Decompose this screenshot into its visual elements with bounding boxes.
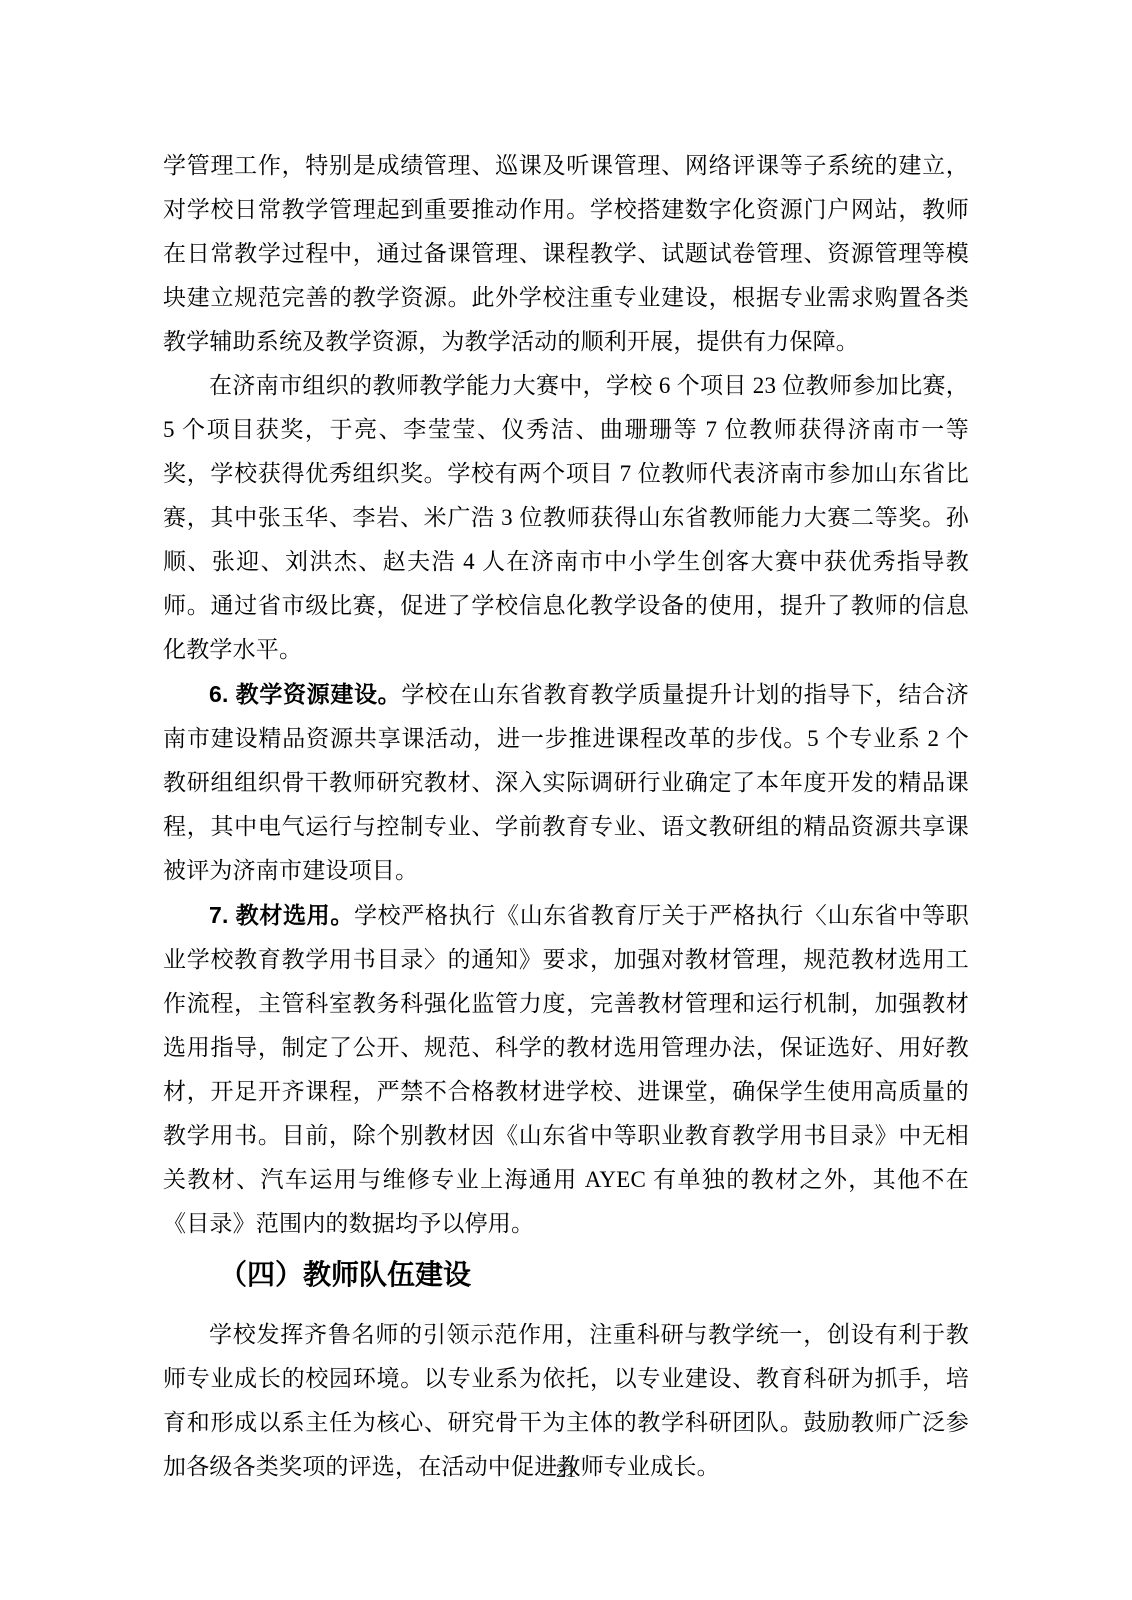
paragraph-item6-teaching-resources: 6. 教学资源建设。学校在山东省教育教学质量提升计划的指导下，结合济南市建设精品… [163, 672, 969, 893]
page-footer: 21 [0, 1458, 1132, 1484]
page-number: 21 [556, 1460, 576, 1482]
section-heading-teacher-team: （四）教师队伍建设 [163, 1251, 969, 1299]
page-body: 学管理工作，特别是成绩管理、巡课及听课管理、网络评课等子系统的建立，对学校日常教… [163, 144, 969, 1489]
paragraph-teaching-management-continuation: 学管理工作，特别是成绩管理、巡课及听课管理、网络评课等子系统的建立，对学校日常教… [163, 144, 969, 364]
item6-run-in-heading: 6. 教学资源建设。 [209, 681, 401, 707]
item6-text: 学校在山东省教育教学质量提升计划的指导下，结合济南市建设精品资源共享课活动，进一… [163, 682, 969, 883]
paragraph-item7-textbook-selection: 7. 教材选用。学校严格执行《山东省教育厅关于严格执行〈山东省中等职业学校教育教… [163, 893, 969, 1246]
paragraph-teaching-competition: 在济南市组织的教师教学能力大赛中，学校 6 个项目 23 位教师参加比赛，5 个… [163, 364, 969, 672]
item7-text: 学校严格执行《山东省教育厅关于严格执行〈山东省中等职业学校教育教学用书目录〉的通… [163, 903, 969, 1236]
document-page: 学管理工作，特别是成绩管理、巡课及听课管理、网络评课等子系统的建立，对学校日常教… [0, 0, 1132, 1600]
item7-run-in-heading: 7. 教材选用。 [209, 902, 354, 928]
